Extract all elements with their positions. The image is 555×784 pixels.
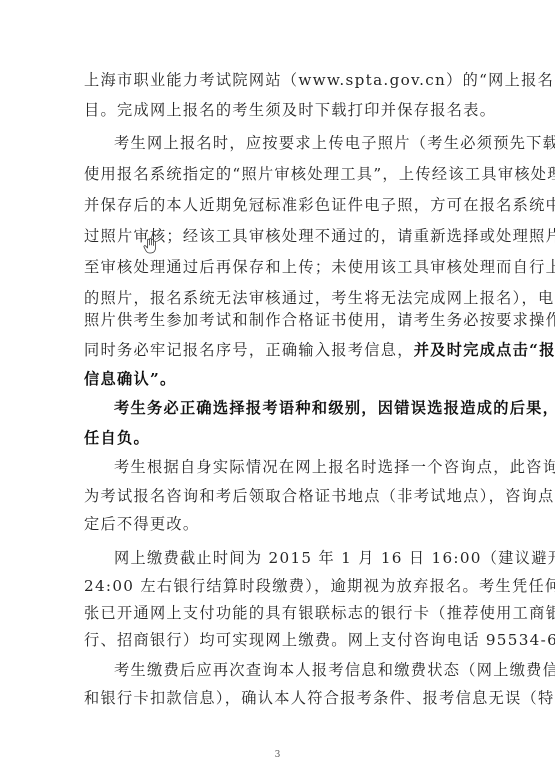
text-line: 的照片，报名系统无法审核通过，考生将无法完成网上报名），电子 [84, 288, 488, 308]
page-number: 3 [0, 750, 555, 760]
text-line: 并保存后的本人近期免冠标准彩色证件电子照，方可在报名系统中通 [84, 195, 488, 215]
text-line: 使用报名系统指定的“照片审核处理工具”，上传经该工具审核处理 [84, 164, 488, 184]
text-line: 定后不得更改。 [84, 514, 488, 534]
text-line: 目。完成网上报名的考生须及时下载打印并保存报名表。 [84, 100, 488, 120]
text-line: 张已开通网上支付功能的具有银联标志的银行卡（推荐使用工商银 [84, 603, 488, 623]
hand-pointer-cursor-icon [143, 238, 157, 254]
paragraph-start-line: 考生网上报名时，应按要求上传电子照片（考生必须预先下载并 [114, 133, 488, 153]
paragraph-start-line: 考生缴费后应再次查询本人报考信息和缴费状态（网上缴费信息 [114, 660, 488, 680]
text-line: 同时务必牢记报名序号，正确输入报考信息，并及时完成点击“报名 [84, 340, 488, 360]
paragraph-start-line: 考生根据自身实际情况在网上报名时选择一个咨询点，此咨询点 [114, 457, 488, 477]
text-line: 上海市职业能力考试院网站（www.spta.gov.cn）的“网上报名”栏 [84, 70, 488, 90]
bold-paragraph-start-line: 考生务必正确选择报考语种和级别，因错误选报造成的后果，责 [114, 398, 488, 418]
bold-text-line: 任自负。 [84, 428, 488, 448]
paragraph-start-line: 网上缴费截止时间为 2015 年 1 月 16 日 16:00（建议避开每日 [114, 548, 488, 568]
text-line: 照片供考生参加考试和制作合格证书使用，请考生务必按要求操作。 [84, 310, 488, 330]
text-line: 至审核处理通过后再保存和上传；未使用该工具审核处理而自行上传 [84, 257, 488, 277]
plain-text: 同时务必牢记报名序号，正确输入报考信息， [84, 341, 414, 359]
text-line: 行、招商银行）均可实现网上缴费。网上支付咨询电话 95534-6。 [84, 630, 488, 650]
bold-text-line: 信息确认”。 [84, 369, 488, 389]
text-line: 24:00 左右银行结算时段缴费），逾期视为放弃报名。考生凭任何一 [84, 576, 488, 596]
text-line: 为考试报名咨询和考后领取合格证书地点（非考试地点），咨询点选 [84, 486, 488, 506]
text-line: 和银行卡扣款信息），确认本人符合报考条件、报考信息无误（特别 [84, 688, 488, 708]
document-page: 上海市职业能力考试院网站（www.spta.gov.cn）的“网上报名”栏 目。… [0, 0, 555, 784]
bold-text: 并及时完成点击“报名 [414, 341, 555, 359]
